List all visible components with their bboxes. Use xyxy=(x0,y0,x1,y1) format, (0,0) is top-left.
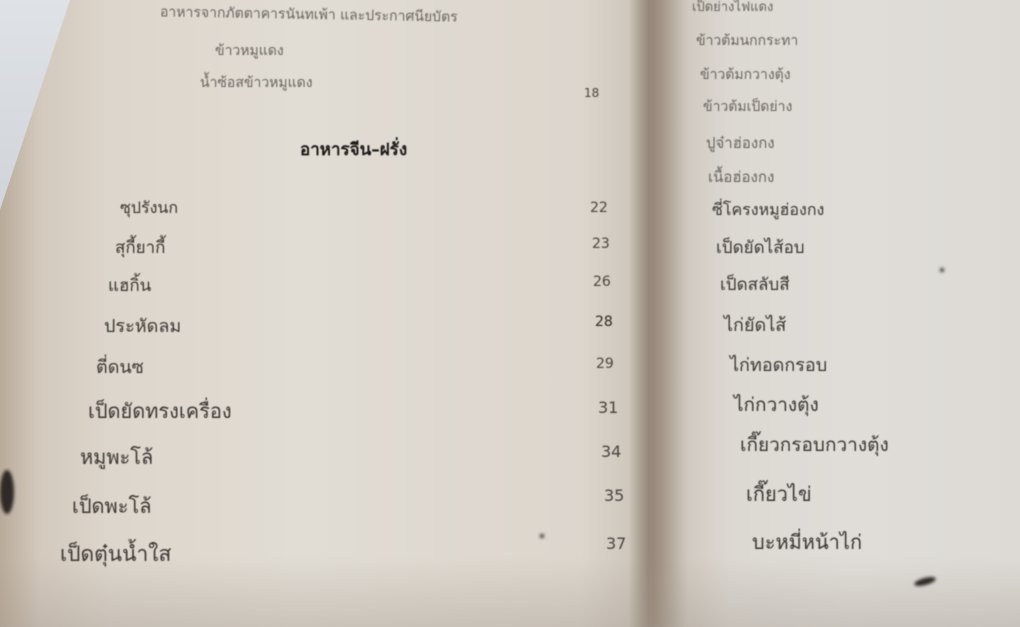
toc-entry: เป็ดพะโล้ xyxy=(72,490,151,522)
toc-entry: สุกี้ยากี้ xyxy=(115,234,165,261)
page-number: 23 xyxy=(592,236,610,252)
page-number: 28 xyxy=(595,314,613,330)
page-number: 37 xyxy=(606,534,626,553)
toc-entry: ข้าวต้มนกกระทา xyxy=(696,30,798,52)
toc-entry: ข้าวหมูแดง xyxy=(215,40,284,62)
ink-speck xyxy=(540,534,544,538)
toc-entry: น้ำซ้อสข้าวหมูแดง xyxy=(200,72,313,94)
toc-entry: เกี๊ยวไข่ xyxy=(746,478,812,510)
page-number: 34 xyxy=(601,442,621,461)
page-number: 18 xyxy=(584,86,599,100)
toc-entry: ซี่โครงหมูฮ่องกง xyxy=(712,198,824,223)
toc-entry: บะหมี่หน้าไก่ xyxy=(752,526,862,558)
toc-entry: เนื้อฮ่องกง xyxy=(708,165,774,189)
page-number: 35 xyxy=(604,486,624,505)
toc-entry: เป็ดยัดทรงเครื่อง xyxy=(88,395,232,427)
toc-entry: แฮกิ้น xyxy=(108,272,151,299)
page-number: 31 xyxy=(598,398,618,417)
toc-entry: ไก่กวางตุ้ง xyxy=(734,390,819,420)
toc-entry: ไก่ยัดไส้ xyxy=(724,310,786,339)
toc-entry: เป็ดตุ๋นน้ำใส xyxy=(60,538,171,571)
left-page xyxy=(0,0,655,627)
book-gutter xyxy=(628,0,688,627)
toc-entry: เป็ดสลับสี xyxy=(720,271,790,298)
toc-entry: เป็ดย่างไฟแดง xyxy=(692,0,773,17)
ink-speck xyxy=(940,268,944,272)
toc-entry: ไก่ทอดกรอบ xyxy=(730,350,827,379)
page-number: 22 xyxy=(590,200,608,216)
toc-entry: ข้าวต้มเป็ดย่าง xyxy=(703,96,792,118)
page-stain xyxy=(0,470,14,514)
toc-entry: ซุปรังนก xyxy=(120,196,178,221)
toc-entry: ตี่ดนซ xyxy=(96,352,144,381)
toc-entry: เกี๊ยวกรอบกวางตุ้ง xyxy=(740,430,889,460)
section-heading: อาหารจีน–ฝรั่ง xyxy=(300,136,407,163)
toc-entry: ปูจ๋าฮ่องกง xyxy=(706,131,775,155)
page-number: 26 xyxy=(593,274,611,290)
toc-entry: ข้าวต้มกวางตุ้ง xyxy=(700,64,791,86)
toc-entry: เป็ดยัดไส้อบ xyxy=(716,234,805,261)
toc-entry: หมูพะโล้ xyxy=(80,441,153,473)
page-number: 29 xyxy=(596,356,614,372)
toc-entry: ประหัดลม xyxy=(104,311,181,340)
